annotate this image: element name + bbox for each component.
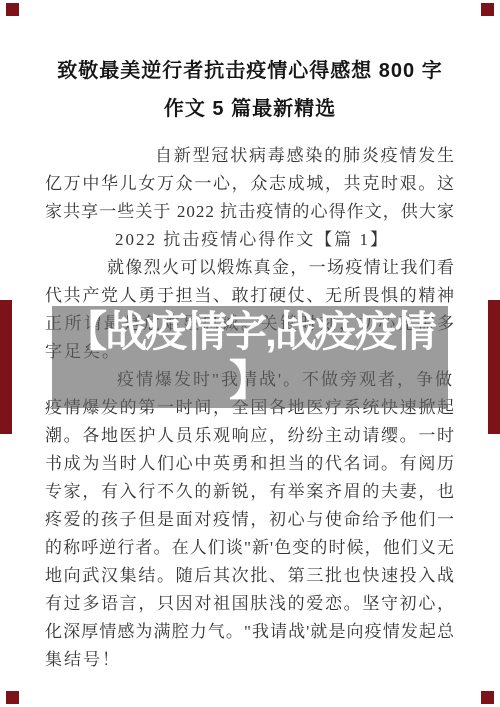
watermark-square-top-left bbox=[6, 3, 19, 16]
body-line: 自新型冠状病毒感染的肺炎疫情发生以来， bbox=[45, 142, 455, 170]
body-line: 亿万中华儿女万众一心，众志成城，共克时艰。这里给大 bbox=[45, 170, 455, 198]
body-line: 集结号！ bbox=[45, 646, 455, 674]
text-overlay-band: 【战疫情字,战疫疫情 】 bbox=[52, 306, 448, 408]
title-line-1: 致敬最美逆行者抗击疫情心得感想 800 字 bbox=[45, 52, 455, 90]
watermark-bar-right bbox=[488, 300, 500, 434]
body-line: 2022 抗击疫情心得作文【篇 1】 bbox=[45, 226, 455, 254]
title-line-2: 作文 5 篇最新精选 bbox=[45, 90, 455, 128]
document-title: 致敬最美逆行者抗击疫情心得感想 800 字 作文 5 篇最新精选 bbox=[45, 52, 455, 128]
overlay-banner-line-2: 】 bbox=[229, 358, 271, 404]
body-line: 的称呼逆行者。在人们谈"新'色变的时候，他们义无反顾 bbox=[45, 534, 455, 562]
watermark-bar-left bbox=[0, 300, 12, 434]
body-text: 自新型冠状病毒感染的肺炎疫情发生以来， 亿万中华儿女万众一心，众志成城，共克时艰… bbox=[45, 142, 455, 674]
body-line: 家共享一些关于 2022 抗击疫情的心得作文，供大家参考。 bbox=[45, 198, 455, 226]
body-line: 书成为当时人们心中英勇和担当的代名词。有阅历丰富的 bbox=[45, 450, 455, 478]
body-line: 化深厚情感为满腔力气。"我请战'就是向疫情发起总攻的 bbox=[45, 618, 455, 646]
body-line: 地向武汉集结。随后其次批、第三批也快速投入战斗。没 bbox=[45, 562, 455, 590]
watermark-square-top-right bbox=[481, 3, 494, 16]
body-line: 专家，有入行不久的新锐，有举案齐眉的夫妻，也有父母 bbox=[45, 478, 455, 506]
body-line: 疼爱的孩子但是面对疫情，初心与使命给予他们一个共同 bbox=[45, 506, 455, 534]
watermark-square-bottom-left bbox=[6, 691, 19, 704]
overlay-banner-line-1: 【战疫情字,战疫疫情 bbox=[65, 306, 435, 358]
body-line: 有过多语言，只因对祖国肤浅的爱恋。坚守初心，使命.。 bbox=[45, 590, 455, 618]
document-page: 致敬最美逆行者抗击疫情心得感想 800 字 作文 5 篇最新精选 自新型冠状病毒… bbox=[0, 0, 500, 707]
watermark-square-bottom-right bbox=[481, 691, 494, 704]
body-line: 潮。各地医护人员乐观响应，纷纷主动请缨。一时间请战 bbox=[45, 422, 455, 450]
body-line: 就像烈火可以煅炼真金，一场疫情让我们看到新时 bbox=[45, 254, 455, 282]
